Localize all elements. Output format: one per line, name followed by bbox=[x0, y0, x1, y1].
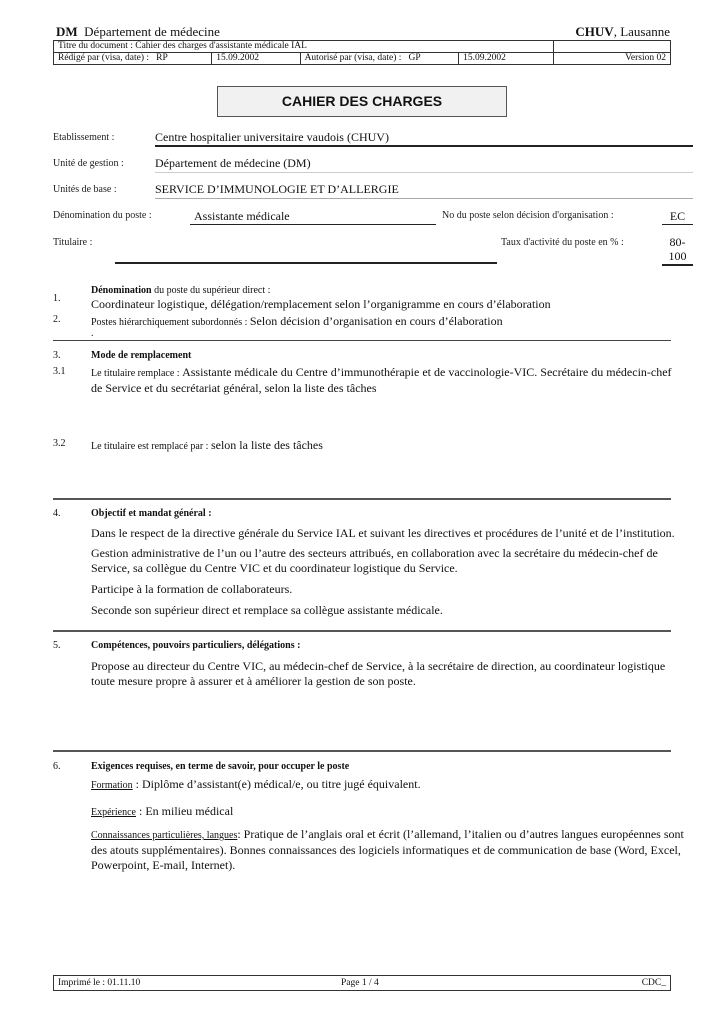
autorise-visa: GP bbox=[409, 53, 421, 63]
section-3-2-text: Le titulaire est remplacé par : selon la… bbox=[91, 438, 323, 454]
divider bbox=[53, 340, 671, 341]
formation-value: : Diplôme d’assistant(e) médical/e, ou t… bbox=[133, 777, 421, 791]
version-cell: Version 02 bbox=[553, 53, 670, 65]
experience-value: : En milieu médical bbox=[136, 804, 233, 818]
section-5-paragraph: Propose au directeur du Centre VIC, au m… bbox=[91, 659, 681, 689]
section-6-number: 6. bbox=[53, 761, 61, 772]
section-4-paragraph-2: Gestion administrative de l’un ou l’autr… bbox=[91, 546, 681, 576]
department-name: Département de médecine bbox=[84, 24, 220, 39]
unites-base-field: SERVICE D’IMMUNOLOGIE ET D’ALLERGIE bbox=[155, 182, 693, 199]
page-footer: Imprimé le : 01.11.10 Page 1 / 4 CDC_ bbox=[53, 975, 671, 991]
section-3-2-value: selon la liste des tâches bbox=[211, 438, 323, 452]
section-1-label-rest: du poste du supérieur direct : bbox=[152, 285, 271, 296]
section-6-title: Exigences requises, en terme de savoir, … bbox=[91, 761, 349, 772]
header-organisation: CHUV, Lausanne bbox=[575, 24, 670, 40]
section-1-label: Dénomination du poste du supérieur direc… bbox=[91, 285, 270, 296]
denomination-label: Dénomination du poste : bbox=[53, 210, 152, 221]
etablissement-field: Centre hospitalier universitaire vaudois… bbox=[155, 130, 693, 147]
unite-gestion-label: Unité de gestion : bbox=[53, 158, 124, 169]
organisation-abbr: CHUV bbox=[575, 24, 613, 39]
section-2-number: 2. bbox=[53, 314, 61, 325]
section-6-experience: Expérience : En milieu médical bbox=[91, 804, 233, 820]
titulaire-field bbox=[115, 248, 497, 264]
taux-label: Taux d'activité du poste en % : bbox=[501, 237, 624, 248]
taux-field: 80- 100 bbox=[662, 235, 693, 266]
document-code: CDC_ bbox=[642, 976, 666, 990]
section-4-paragraph-1: Dans le respect de la directive générale… bbox=[91, 526, 691, 541]
no-poste-label: No du poste selon décision d'organisatio… bbox=[442, 210, 614, 221]
section-4-title: Objectif et mandat général : bbox=[91, 508, 212, 519]
section-3-2-label: Le titulaire est remplacé par : bbox=[91, 441, 211, 452]
redige-visa: RP bbox=[156, 53, 168, 63]
section-6-connaissances: Connaissances particulières, langues: Pr… bbox=[91, 827, 686, 873]
redige-label: Rédigé par (visa, date) : bbox=[58, 53, 149, 63]
autorise-date: 15.09.2002 bbox=[459, 53, 545, 65]
denomination-field: Assistante médicale bbox=[190, 209, 436, 225]
section-2-line: Postes hiérarchiquement subordonnés : Se… bbox=[91, 312, 503, 330]
section-4-number: 4. bbox=[53, 508, 61, 519]
redige-date: 15.09.2002 bbox=[212, 53, 300, 65]
section-3-1-number: 3.1 bbox=[53, 366, 66, 377]
section-2-value: Selon décision d’organisation en cours d… bbox=[250, 314, 503, 328]
section-1-value: Coordinateur logistique, délégation/remp… bbox=[91, 297, 551, 312]
divider bbox=[53, 630, 671, 632]
no-poste-field: EC bbox=[662, 209, 693, 225]
printed-date: Imprimé le : 01.11.10 bbox=[58, 976, 140, 990]
formation-label: Formation bbox=[91, 780, 133, 791]
document-title-cell: Titre du document : Cahier des charges d… bbox=[54, 41, 554, 53]
taux-value-line1: 80- bbox=[662, 235, 693, 249]
spacer-cell bbox=[545, 53, 554, 65]
section-5-number: 5. bbox=[53, 640, 61, 651]
section-2-label: Postes hiérarchiquement subordonnés : bbox=[91, 317, 250, 328]
taux-value-line2: 100 bbox=[662, 249, 693, 263]
section-3-2-number: 3.2 bbox=[53, 438, 66, 449]
divider bbox=[53, 498, 671, 500]
section-4-paragraph-3: Participe à la formation de collaborateu… bbox=[91, 582, 292, 597]
experience-label: Expérience bbox=[91, 807, 136, 818]
section-4-paragraph-4: Seconde son supérieur direct et remplace… bbox=[91, 603, 443, 618]
section-1-number: 1. bbox=[53, 293, 61, 304]
unites-base-label: Unités de base : bbox=[53, 184, 117, 195]
section-6-formation: Formation : Diplôme d’assistant(e) médic… bbox=[91, 777, 421, 793]
section-5-title: Compétences, pouvoirs particuliers, délé… bbox=[91, 640, 300, 651]
etablissement-label: Etablissement : bbox=[53, 132, 114, 143]
titulaire-label: Titulaire : bbox=[53, 237, 92, 248]
section-3-number: 3. bbox=[53, 350, 61, 361]
organisation-city: , Lausanne bbox=[614, 24, 670, 39]
empty-cell bbox=[553, 41, 670, 53]
autorise-cell: Autorisé par (visa, date) : GP bbox=[300, 53, 459, 65]
connaissances-label: Connaissances particulières, langues bbox=[91, 830, 237, 841]
redige-cell: Rédigé par (visa, date) : RP bbox=[54, 53, 212, 65]
autorise-label: Autorisé par (visa, date) : bbox=[305, 53, 402, 63]
section-3-title: Mode de remplacement bbox=[91, 350, 191, 361]
divider bbox=[53, 750, 671, 752]
unite-gestion-field: Département de médecine (DM) bbox=[155, 156, 693, 173]
section-3-1-text: Le titulaire remplace : Assistante médic… bbox=[91, 365, 681, 396]
department-abbr: DM bbox=[56, 24, 78, 39]
section-1-label-bold: Dénomination bbox=[91, 285, 152, 296]
header-department: DM Département de médecine bbox=[56, 24, 220, 40]
section-2-trailing: . bbox=[91, 328, 94, 339]
page-number: Page 1 / 4 bbox=[341, 976, 379, 990]
section-3-1-label: Le titulaire remplace : bbox=[91, 368, 182, 379]
page-title: CAHIER DES CHARGES bbox=[217, 86, 507, 117]
document-meta-table: Titre du document : Cahier des charges d… bbox=[53, 40, 671, 65]
